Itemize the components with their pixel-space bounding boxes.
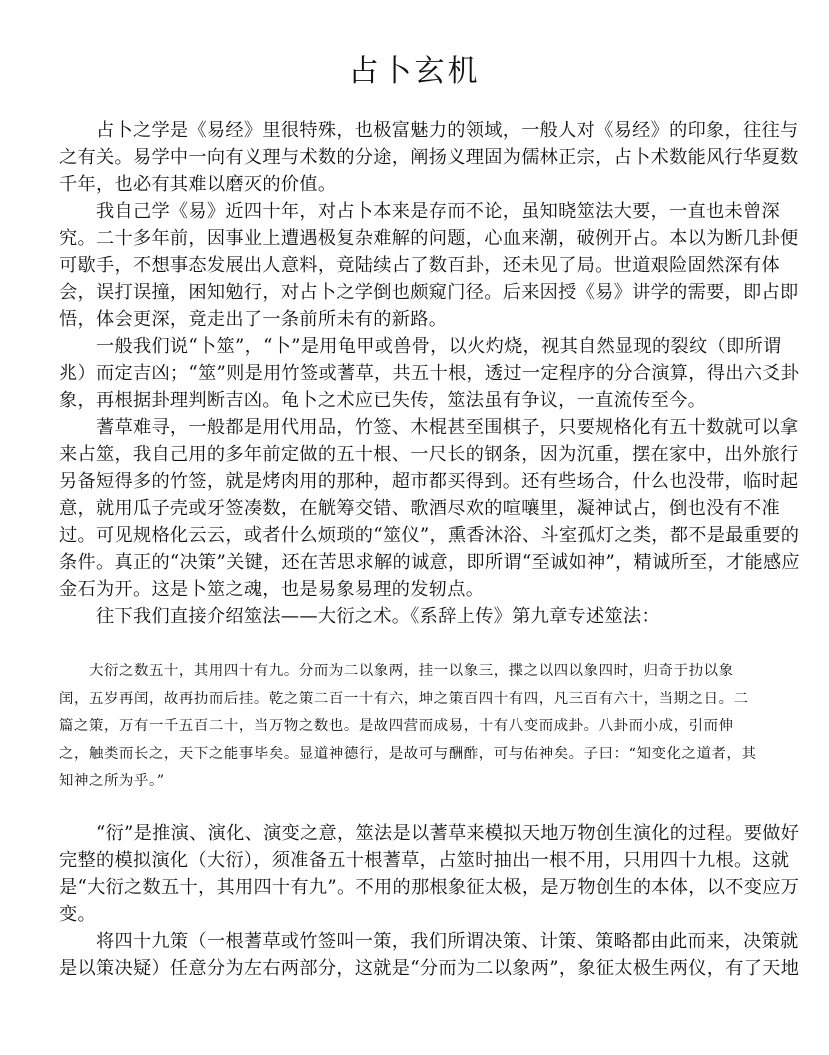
text-line: 象，再根据卦理判断吉凶。龟卜之术应已失传，筮法虽有争议，一直流传至今。: [59, 387, 759, 414]
text-line: 是以策决疑）任意分为左右两部分，这就是“分而为二以象两”，象征太极生两仪，有了天…: [59, 955, 759, 982]
paragraph-5: 往下我们直接介绍筮法——大衍之术。《系辞上传》第九章专述筮法：: [59, 603, 759, 630]
text-line: 过。可见规格化云云，或者什么烦琐的“筮仪”，熏香沐浴、斗室孤灯之类，都不是最重要…: [59, 522, 759, 549]
text-line: 金石为开。这是卜筮之魂，也是易象易理的发轫点。: [59, 576, 759, 603]
document-title: 占卜玄机: [0, 52, 829, 92]
text-line: 是“大衍之数五十，其用四十有九”。不用的那根象征太极，是万物创生的本体，以不变应…: [59, 874, 759, 901]
text-line: 我自己学《易》近四十年，对占卜本来是存而不论，虽知晓筮法大要，一直也未曾深: [59, 198, 759, 225]
text-line: 可歇手，不想事态发展出人意料，竟陆续占了数百卦，还未见了局。世道艰险固然深有体: [59, 252, 759, 279]
text-line: 究。二十多年前，因事业上遭遇极复杂难解的问题，心血来潮，破例开占。本以为断几卦便: [59, 225, 759, 252]
quote-line: 闰，五岁再闰，故再扐而后挂。乾之策二百一十有六，坤之策百四十有四，凡三百有六十，…: [59, 686, 759, 714]
text-line: 来占筮，我自己用的多年前定做的五十根、一尺长的钢条，因为沉重，摆在家中，出外旅行: [59, 441, 759, 468]
text-line: 条件。真正的“决策”关键，还在苦思求解的诚意，即所谓“至诚如神”，精诚所至，才能…: [59, 549, 759, 576]
document-page: 占卜玄机 占卜之学是《易经》里很特殊，也极富魅力的领域，一般人对《易经》的印象，…: [0, 0, 829, 1055]
text-line: 另备短得多的竹签，就是烤肉用的那种，超市都买得到。还有些场合，什么也没带，临时起: [59, 468, 759, 495]
quotation-block: 大衍之数五十，其用四十有九。分而为二以象两，挂一以象三，揲之以四以象四时，归奇于…: [59, 658, 759, 796]
text-line: 蓍草难寻，一般都是用代用品，竹签、木棍甚至围棋子，只要规格化有五十数就可以拿: [59, 414, 759, 441]
paragraph-3: 一般我们说“卜筮”，“卜”是用龟甲或兽骨，以火灼烧，视其自然显现的裂纹（即所谓 …: [59, 333, 759, 414]
paragraph-2: 我自己学《易》近四十年，对占卜本来是存而不论，虽知晓筮法大要，一直也未曾深 究。…: [59, 198, 759, 333]
text-line: 完整的模拟演化（大衍），须准备五十根蓍草，占筮时抽出一根不用，只用四十九根。这就: [59, 847, 759, 874]
text-line: 占卜之学是《易经》里很特殊，也极富魅力的领域，一般人对《易经》的印象，往往与: [59, 117, 759, 144]
text-line: 往下我们直接介绍筮法——大衍之术。《系辞上传》第九章专述筮法：: [59, 603, 759, 630]
quote-line: 知神之所为乎。”: [59, 768, 759, 796]
paragraph-6: “衍”是推演、演化、演变之意，筮法是以蓍草来模拟天地万物创生演化的过程。要做好 …: [59, 820, 759, 928]
paragraph-7: 将四十九策（一根蓍草或竹签叫一策，我们所谓决策、计策、策略都由此而来，决策就 是…: [59, 928, 759, 982]
text-line: 悟，体会更深，竟走出了一条前所未有的新路。: [59, 306, 759, 333]
text-line: 会，误打误撞，困知勉行，对占卜之学倒也颇窥门径。后来因授《易》讲学的需要，即占即: [59, 279, 759, 306]
text-line: “衍”是推演、演化、演变之意，筮法是以蓍草来模拟天地万物创生演化的过程。要做好: [59, 820, 759, 847]
paragraph-1: 占卜之学是《易经》里很特殊，也极富魅力的领域，一般人对《易经》的印象，往往与 之…: [59, 117, 759, 198]
text-line: 意，就用瓜子壳或牙签凑数，在觥筹交错、歌酒尽欢的喧嚷里，凝神试占，倒也没有不准: [59, 495, 759, 522]
text-line: 将四十九策（一根蓍草或竹签叫一策，我们所谓决策、计策、策略都由此而来，决策就: [59, 928, 759, 955]
quote-line: 之，触类而长之，天下之能事毕矣。显道神德行，是故可与酬酢，可与佑神矣。子曰：“知…: [59, 741, 759, 769]
text-line: 兆）而定吉凶；“筮”则是用竹签或蓍草，共五十根，透过一定程序的分合演算，得出六爻…: [59, 360, 759, 387]
text-line: 变。: [59, 901, 759, 928]
quote-line: 篇之策，万有一千五百二十，当万物之数也。是故四营而成易，十有八变而成卦。八卦而小…: [59, 713, 759, 741]
text-line: 千年，也必有其难以磨灭的价值。: [59, 171, 759, 198]
text-line: 一般我们说“卜筮”，“卜”是用龟甲或兽骨，以火灼烧，视其自然显现的裂纹（即所谓: [59, 333, 759, 360]
quote-line: 大衍之数五十，其用四十有九。分而为二以象两，挂一以象三，揲之以四以象四时，归奇于…: [59, 658, 759, 686]
paragraph-4: 蓍草难寻，一般都是用代用品，竹签、木棍甚至围棋子，只要规格化有五十数就可以拿 来…: [59, 414, 759, 603]
text-line: 之有关。易学中一向有义理与术数的分途，阐扬义理固为儒林正宗，占卜术数能风行华夏数: [59, 144, 759, 171]
